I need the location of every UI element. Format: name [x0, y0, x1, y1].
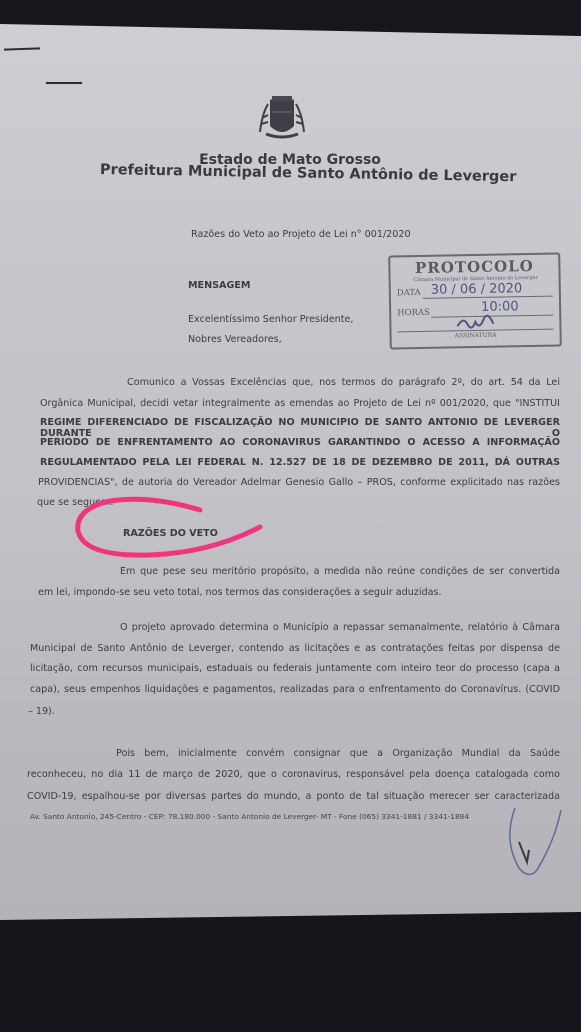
salutation-president: Excelentíssimo Senhor Presidente, [188, 314, 353, 325]
text-line: REGULAMENTADO PELA LEI FEDERAL N. 12.527… [40, 457, 560, 468]
text-line: PERIODO DE ENFRENTAMENTO AO CORONAVIRUS … [40, 437, 560, 448]
message-heading: MENSAGEM [188, 280, 250, 291]
page-footer-address: Av. Santo Antonio, 245-Centro - CEP: 78.… [30, 812, 469, 821]
text-line: COVID-19, espalhou-se por diversas parte… [27, 791, 560, 802]
highlight-circle-annotation [70, 495, 270, 565]
text-line: reconheceu, no dia 11 de março de 2020, … [27, 769, 560, 780]
veto-subject: Razões do Veto ao Projeto de Lei n° 001/… [191, 229, 411, 240]
text-line: Em que pese seu meritório propósito, a m… [120, 566, 560, 577]
stamp-date-value: 30 / 06 / 2020 [431, 281, 523, 298]
text-line: – 19). [28, 706, 55, 717]
text-line: Pois bem, inicialmente convém consignar … [116, 748, 560, 759]
handwritten-check-icon [505, 800, 565, 890]
text-line: REGIME DIFERENCIADO DE FISCALIZAÇÃO NO M… [40, 417, 560, 439]
pen-mark [46, 82, 82, 84]
text-line: licitação, com recursos municipais, esta… [30, 663, 560, 674]
stamp-hours-label: HORAS [397, 308, 430, 319]
text-line: capa), seus empenhos liquidações e pagam… [30, 684, 560, 695]
stamp-hours-value: 10:00 [481, 299, 519, 315]
text-line: Orgânica Municipal, decidi vetar integra… [40, 398, 560, 409]
text-line: O projeto aprovado determina o Município… [120, 622, 560, 633]
protocol-stamp: PROTOCOLO Câmara Municipal de Santo Anto… [388, 253, 562, 350]
stamp-signature-label: ASSINATURA [392, 331, 560, 341]
text-line: Municipal de Santo Antônio de Leverger, … [30, 643, 560, 654]
text-line: PROVIDENCIAS", de autoria do Vereador Ad… [38, 477, 560, 488]
stamp-date-label: DATA [397, 288, 421, 298]
text-line: em lei, impondo-se seu veto total, nos t… [38, 587, 442, 598]
background-bottom [0, 912, 581, 1032]
salutation-councilors: Nobres Vereadores, [188, 334, 282, 345]
coat-of-arms-icon [252, 92, 312, 140]
text-line: Comunico a Vossas Excelências que, nos t… [127, 377, 560, 388]
